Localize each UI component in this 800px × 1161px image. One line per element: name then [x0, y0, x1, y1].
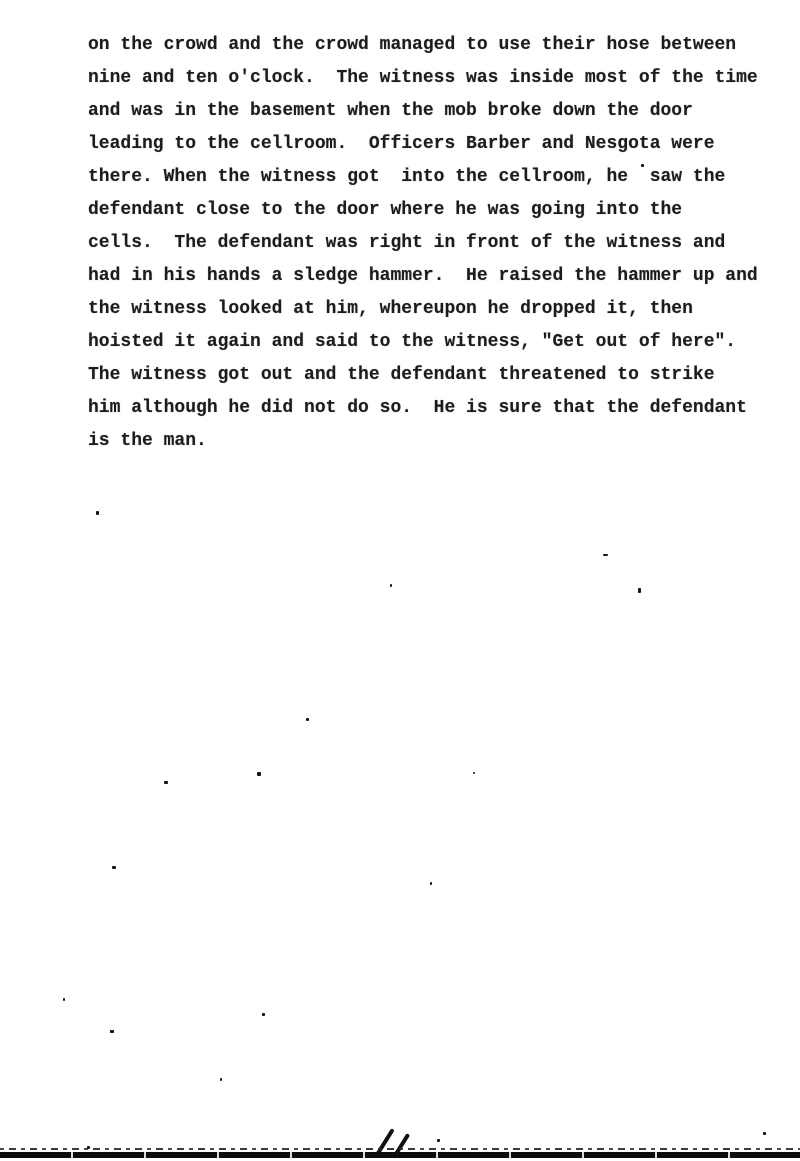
scan-speck	[96, 511, 99, 515]
typewritten-text: on the crowd and the crowd managed to us…	[88, 29, 778, 458]
scan-speck	[603, 554, 608, 556]
scan-speck	[164, 781, 168, 784]
scan-speck	[112, 866, 116, 869]
scan-speck	[473, 772, 475, 774]
scanned-page: on the crowd and the crowd managed to us…	[0, 0, 800, 1161]
bottom-edge-line	[0, 1152, 800, 1158]
scan-speck	[437, 1139, 440, 1142]
text-line: defendant close to the door where he was…	[88, 194, 778, 227]
bottom-dashed-line	[0, 1148, 800, 1150]
scan-speck	[110, 1030, 114, 1033]
scan-speck	[262, 1013, 265, 1016]
scan-speck	[306, 718, 309, 721]
text-line: leading to the cellroom. Officers Barber…	[88, 128, 778, 161]
scan-speck	[390, 584, 392, 587]
text-line: hoisted it again and said to the witness…	[88, 326, 778, 359]
scan-speck	[257, 772, 261, 776]
text-line: and was in the basement when the mob bro…	[88, 95, 778, 128]
text-line: The witness got out and the defendant th…	[88, 359, 778, 392]
scan-speck	[63, 998, 65, 1001]
text-line: is the man.	[88, 425, 778, 458]
text-line: had in his hands a sledge hammer. He rai…	[88, 260, 778, 293]
text-line: on the crowd and the crowd managed to us…	[88, 29, 778, 62]
scan-speck	[430, 882, 432, 885]
text-line: the witness looked at him, whereupon he …	[88, 293, 778, 326]
scan-speck	[220, 1078, 222, 1081]
scan-speck	[763, 1132, 766, 1135]
scan-speck	[641, 164, 644, 167]
text-line: cells. The defendant was right in front …	[88, 227, 778, 260]
scan-speck	[638, 588, 641, 593]
scan-speck	[87, 1146, 90, 1149]
text-line: nine and ten o'clock. The witness was in…	[88, 62, 778, 95]
text-line: him although he did not do so. He is sur…	[88, 392, 778, 425]
text-line: there. When the witness got into the cel…	[88, 161, 778, 194]
